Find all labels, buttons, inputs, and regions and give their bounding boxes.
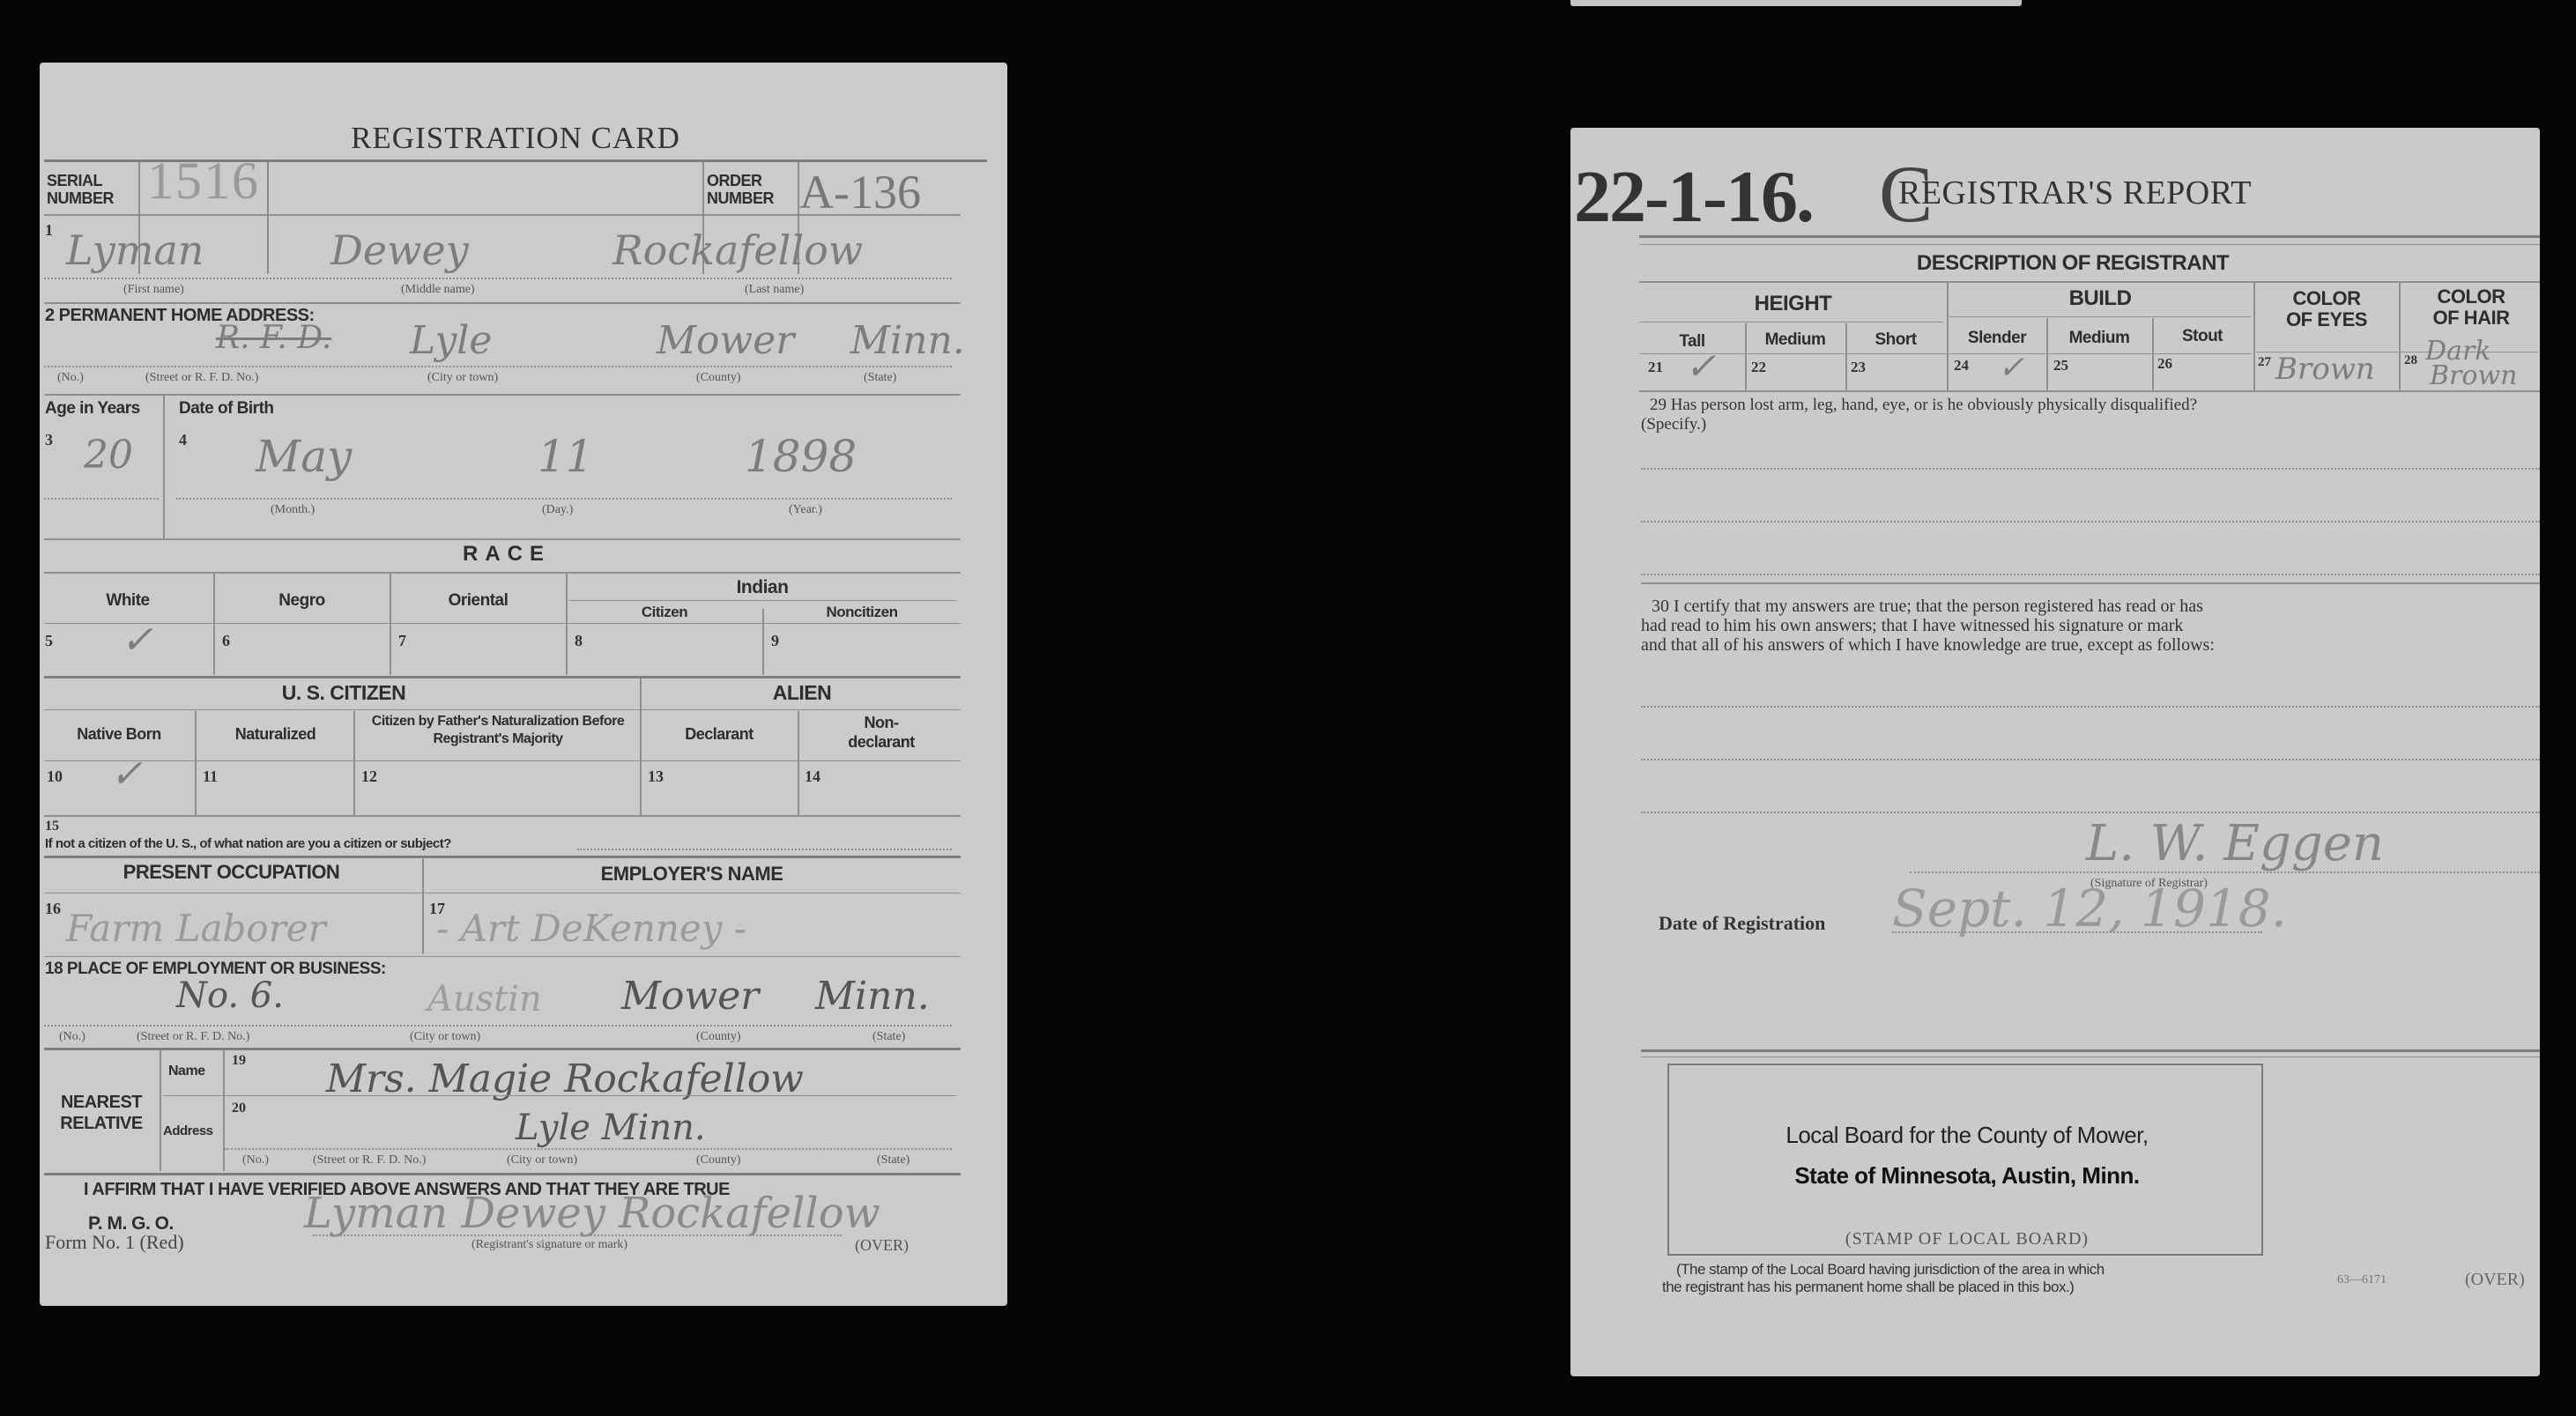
card-title: REGISTRATION CARD (304, 121, 727, 156)
stamped-number: 22-1-16. (1574, 154, 1813, 240)
field-26-number: 26 (2157, 355, 2172, 373)
field-21-number: 21 (1648, 359, 1663, 376)
race-negro-label: Negro (216, 591, 388, 611)
build-title: BUILD (1949, 286, 2251, 311)
field-8-number: 8 (575, 632, 583, 650)
hair-title: COLOR OF HAIR (2402, 286, 2540, 329)
dob-label: Date of Birth (179, 399, 274, 419)
home-address-state: Minn. (850, 318, 965, 363)
place-sub-city: (City or town) (410, 1030, 480, 1044)
employer-title: EMPLOYER'S NAME (427, 863, 956, 886)
eye-color-value: Brown (2275, 352, 2375, 387)
slender-checkmark-icon: ✓ (1998, 350, 2024, 386)
race-indian-label: Indian (568, 577, 956, 598)
home-address-county: Mower (657, 318, 794, 363)
order-number: A-136 (799, 165, 921, 219)
last-name: Rockafellow (612, 226, 863, 274)
hair-title-line1: COLOR (2402, 286, 2540, 308)
form-code: 63—6171 (2337, 1273, 2387, 1287)
field-24-number: 24 (1954, 357, 1969, 374)
addr-sub-street: (Street or R. F. D. No.) (145, 371, 258, 385)
relative-sub-no: (No.) (242, 1153, 269, 1168)
place-city: Austin (427, 979, 542, 1019)
stamp-note-line1: (The stamp of the Local Board having jur… (1676, 1261, 2105, 1279)
date-of-registration-label: Date of Registration (1659, 912, 1825, 935)
relative-sub-street: (Street or R. F. D. No.) (313, 1153, 426, 1168)
nearest-relative-label: NEAREST RELATIVE (44, 1092, 159, 1134)
dob-sub-year: (Year.) (789, 503, 822, 517)
race-white-label: White (44, 591, 212, 611)
place-sub-street: (Street or R. F. D. No.) (137, 1030, 249, 1044)
race-title: RACE (419, 542, 595, 567)
place-sub-county: (County) (696, 1030, 741, 1044)
build-slender-label: Slender (1949, 329, 2045, 348)
stamp-line2: State of Minnesota, Austin, Minn. (1669, 1162, 2265, 1190)
citizen-by-father-label: Citizen by Father's Naturalization Befor… (357, 713, 639, 748)
relative-sub-county: (County) (696, 1153, 741, 1168)
field-12-number: 12 (361, 767, 377, 786)
registrant-signature: Lyman Dewey Rockafellow (304, 1189, 880, 1238)
order-label: ORDER NUMBER (707, 172, 786, 207)
field-28-number: 28 (2404, 353, 2417, 368)
relative-address-label: Address (163, 1123, 213, 1138)
field-30-line3: and that all of his answers of which I h… (1641, 635, 2215, 656)
home-address-city: Lyle (410, 318, 492, 363)
dob-month: May (256, 431, 352, 482)
dob-sub-day: (Day.) (542, 503, 573, 517)
race-indian-noncitizen-label: Noncitizen (766, 604, 958, 621)
us-citizen-title: U. S. CITIZEN (44, 681, 643, 705)
dob-year: 1898 (745, 431, 857, 482)
native-born-checkmark-icon: ✓ (110, 752, 143, 797)
eyes-title-line2: OF EYES (2256, 309, 2397, 330)
build-medium-label: Medium (2048, 329, 2150, 348)
hair-title-line2: OF HAIR (2402, 308, 2540, 329)
form-number-label: Form No. 1 (Red) (45, 1231, 184, 1254)
occupation-title: PRESENT OCCUPATION (44, 861, 419, 884)
report-over-label: (OVER) (2465, 1270, 2525, 1290)
eyes-title-line1: COLOR (2256, 288, 2397, 309)
first-name-label: (First name) (123, 283, 184, 297)
signature-label: (Registrant's signature or mark) (471, 1238, 627, 1252)
tall-checkmark-icon: ✓ (1685, 345, 1716, 388)
middle-name-label: (Middle name) (401, 283, 475, 297)
home-address-no: R. F. D. (216, 320, 331, 356)
place-no: No. 6. (176, 975, 284, 1016)
declarant-label: Declarant (643, 725, 795, 744)
date-of-registration-value: Sept. 12, 1918. (1892, 879, 2287, 938)
dob-sub-month: (Month.) (271, 503, 315, 517)
registrars-report-card: 22-1-16. C REGISTRAR'S REPORT DESCRIPTIO… (1570, 128, 2540, 1376)
addr-sub-city: (City or town) (427, 371, 498, 385)
registrar-signature: L. W. Eggen (2086, 815, 2384, 872)
age-label: Age in Years (45, 399, 140, 419)
field-15-number: 15 (45, 819, 59, 834)
field-30-line2: had read to him his own answers; that I … (1641, 616, 2183, 636)
addr-sub-no: (No.) (57, 371, 84, 385)
field-29-specify: (Specify.) (1641, 415, 1706, 434)
field-1-number: 1 (45, 221, 53, 240)
field-10-number: 10 (47, 767, 63, 786)
non-declarant-label: Non-declarant (837, 713, 925, 752)
height-title: HEIGHT (1641, 292, 1945, 316)
registration-card: REGISTRATION CARD SERIAL NUMBER 1516 ORD… (40, 63, 1007, 1306)
nearest-relative-line1: NEAREST (44, 1092, 159, 1113)
last-name-label: (Last name) (745, 283, 804, 297)
stamp-line1: Local Board for the County of Mower, (1669, 1122, 2265, 1149)
nearest-relative-line2: RELATIVE (44, 1113, 159, 1134)
naturalized-label: Naturalized (198, 725, 353, 744)
addr-sub-state: (State) (864, 371, 896, 385)
field-4-number: 4 (179, 431, 187, 449)
first-name: Lyman (66, 226, 204, 274)
occupation-value: Farm Laborer (66, 907, 326, 950)
description-title: DESCRIPTION OF REGISTRANT (1835, 251, 2311, 276)
relative-address: Lyle Minn. (516, 1108, 706, 1148)
relative-name-label: Name (168, 1064, 205, 1079)
place-sub-no: (No.) (59, 1030, 85, 1044)
field-9-number: 9 (771, 632, 779, 650)
employer-value: - Art DeKenney - (436, 907, 746, 950)
serial-number: 1516 (147, 151, 260, 211)
field-23-number: 23 (1851, 359, 1866, 376)
field-15-question: If not a citizen of the U. S., of what n… (45, 836, 451, 851)
place-state: Minn. (815, 974, 930, 1019)
race-white-checkmark-icon: ✓ (121, 618, 153, 663)
field-19-number: 19 (232, 1053, 246, 1069)
field-14-number: 14 (805, 767, 820, 786)
adjacent-card-edge (1570, 0, 2022, 6)
stamp-note-line2: the registrant has his permanent home sh… (1662, 1279, 2074, 1296)
relative-sub-city: (City or town) (507, 1153, 577, 1168)
field-27-number: 27 (2258, 355, 2271, 370)
report-title: REGISTRAR'S REPORT (1898, 174, 2252, 212)
place-county: Mower (621, 974, 759, 1019)
field-29-question: 29 Has person lost arm, leg, hand, eye, … (1650, 396, 2197, 415)
field-11-number: 11 (203, 767, 218, 786)
age-value: 20 (84, 433, 133, 478)
field-6-number: 6 (222, 632, 230, 650)
hair-color-value-line2: Brown (2430, 360, 2517, 391)
serial-label: SERIAL NUMBER (47, 172, 126, 207)
field-3-number: 3 (45, 431, 53, 449)
local-board-stamp-box: Local Board for the County of Mower, Sta… (1667, 1064, 2263, 1256)
field-13-number: 13 (648, 767, 664, 786)
place-sub-state: (State) (872, 1030, 905, 1044)
height-short-label: Short (1847, 330, 1944, 350)
field-30-line1: 30 I certify that my answers are true; t… (1652, 597, 2203, 617)
relative-sub-state: (State) (877, 1153, 909, 1168)
height-medium-label: Medium (1747, 330, 1844, 350)
field-25-number: 25 (2053, 357, 2068, 374)
stamp-caption: (STAMP OF LOCAL BOARD) (1669, 1229, 2265, 1249)
build-stout-label: Stout (2154, 327, 2251, 346)
field-22-number: 22 (1751, 359, 1766, 376)
middle-name: Dewey (330, 226, 469, 274)
eyes-title: COLOR OF EYES (2256, 288, 2397, 330)
race-oriental-label: Oriental (392, 591, 564, 611)
dob-day: 11 (538, 431, 594, 482)
field-20-number: 20 (232, 1101, 246, 1116)
race-indian-citizen-label: Citizen (568, 604, 761, 621)
addr-sub-county: (County) (696, 371, 741, 385)
field-16-number: 16 (45, 900, 61, 918)
alien-title: ALIEN (648, 681, 956, 705)
field-7-number: 7 (398, 632, 406, 650)
over-label: (OVER) (855, 1236, 909, 1255)
native-born-label: Native Born (44, 725, 194, 744)
field-5-number: 5 (45, 632, 53, 650)
